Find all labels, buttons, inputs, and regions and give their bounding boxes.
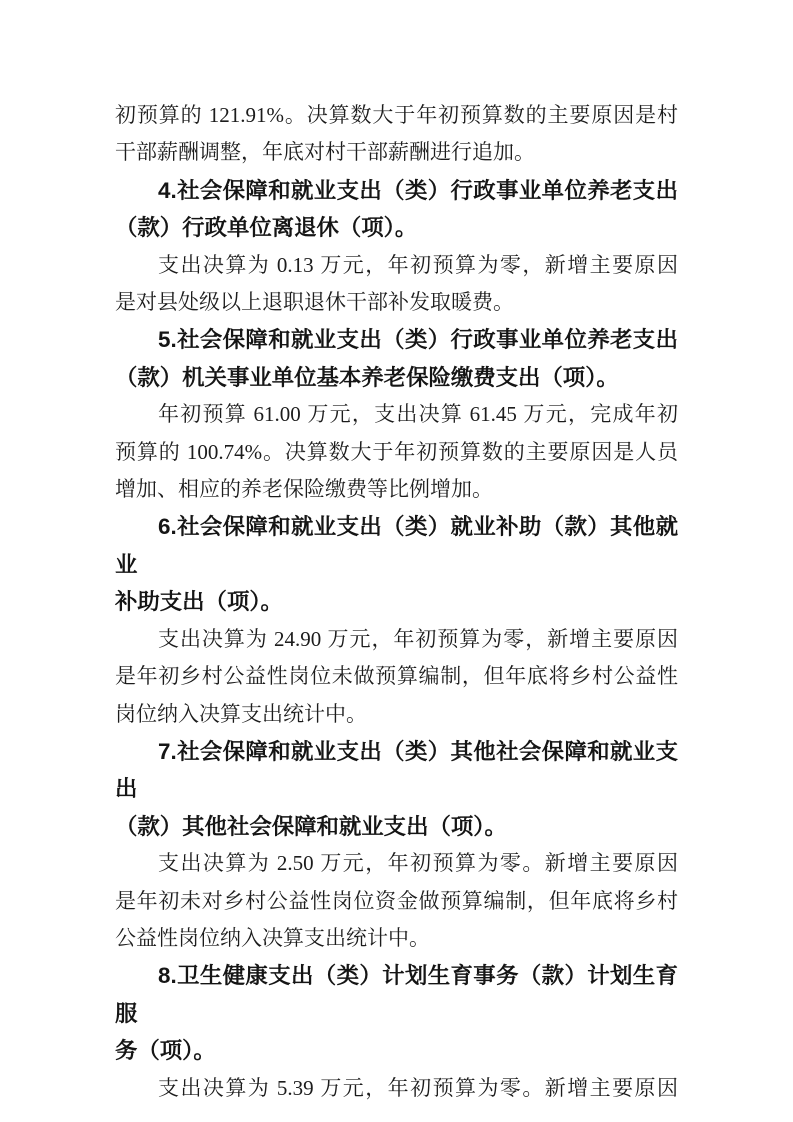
- body-line: 增加、相应的养老保险缴费等比例增加。: [115, 471, 678, 508]
- body-line: 预算的 100.74%。决算数大于年初预算数的主要原因是人员: [115, 434, 678, 471]
- body-line: 是对县处级以上退职退休干部补发取暖费。: [115, 284, 678, 321]
- heading-line: 6.社会保障和就业支出（类）就业补助（款）其他就业: [115, 508, 678, 583]
- heading-line: 补助支出（项）。: [115, 583, 678, 620]
- heading-line: 务（项）。: [115, 1032, 678, 1069]
- body-line: 支出决算为 24.90 万元，年初预算为零，新增主要原因: [115, 621, 678, 658]
- heading-line: （款）机关事业单位基本养老保险缴费支出（项）。: [115, 359, 678, 396]
- heading-line: 5.社会保障和就业支出（类）行政事业单位养老支出: [115, 321, 678, 358]
- body-line: 支出决算为 2.50 万元，年初预算为零。新增主要原因: [115, 845, 678, 882]
- body-line: 岗位纳入决算支出统计中。: [115, 696, 678, 733]
- body-line: 是年初乡村公益性岗位未做预算编制，但年底将乡村公益性: [115, 658, 678, 695]
- body-line: 公益性岗位纳入决算支出统计中。: [115, 920, 678, 957]
- body-line: 干部薪酬调整，年底对村干部薪酬进行追加。: [115, 134, 678, 171]
- heading-line: 4.社会保障和就业支出（类）行政事业单位养老支出: [115, 172, 678, 209]
- heading-line: （款）其他社会保障和就业支出（项）。: [115, 808, 678, 845]
- body-line: 年初预算 61.00 万元，支出决算 61.45 万元，完成年初: [115, 396, 678, 433]
- heading-line: 7.社会保障和就业支出（类）其他社会保障和就业支出: [115, 733, 678, 808]
- body-line: 支出决算为 5.39 万元，年初预算为零。新增主要原因: [115, 1070, 678, 1107]
- document-page: 初预算的 121.91%。决算数大于年初预算数的主要原因是村干部薪酬调整，年底对…: [0, 0, 793, 1122]
- heading-line: 8.卫生健康支出（类）计划生育事务（款）计划生育服: [115, 957, 678, 1032]
- body-line: 初预算的 121.91%。决算数大于年初预算数的主要原因是村: [115, 97, 678, 134]
- body-line: 是年初未对乡村公益性岗位资金做预算编制，但年底将乡村: [115, 883, 678, 920]
- body-line: 支出决算为 0.13 万元，年初预算为零，新增主要原因: [115, 247, 678, 284]
- document-content: 初预算的 121.91%。决算数大于年初预算数的主要原因是村干部薪酬调整，年底对…: [115, 97, 678, 1107]
- heading-line: （款）行政单位离退休（项）。: [115, 209, 678, 246]
